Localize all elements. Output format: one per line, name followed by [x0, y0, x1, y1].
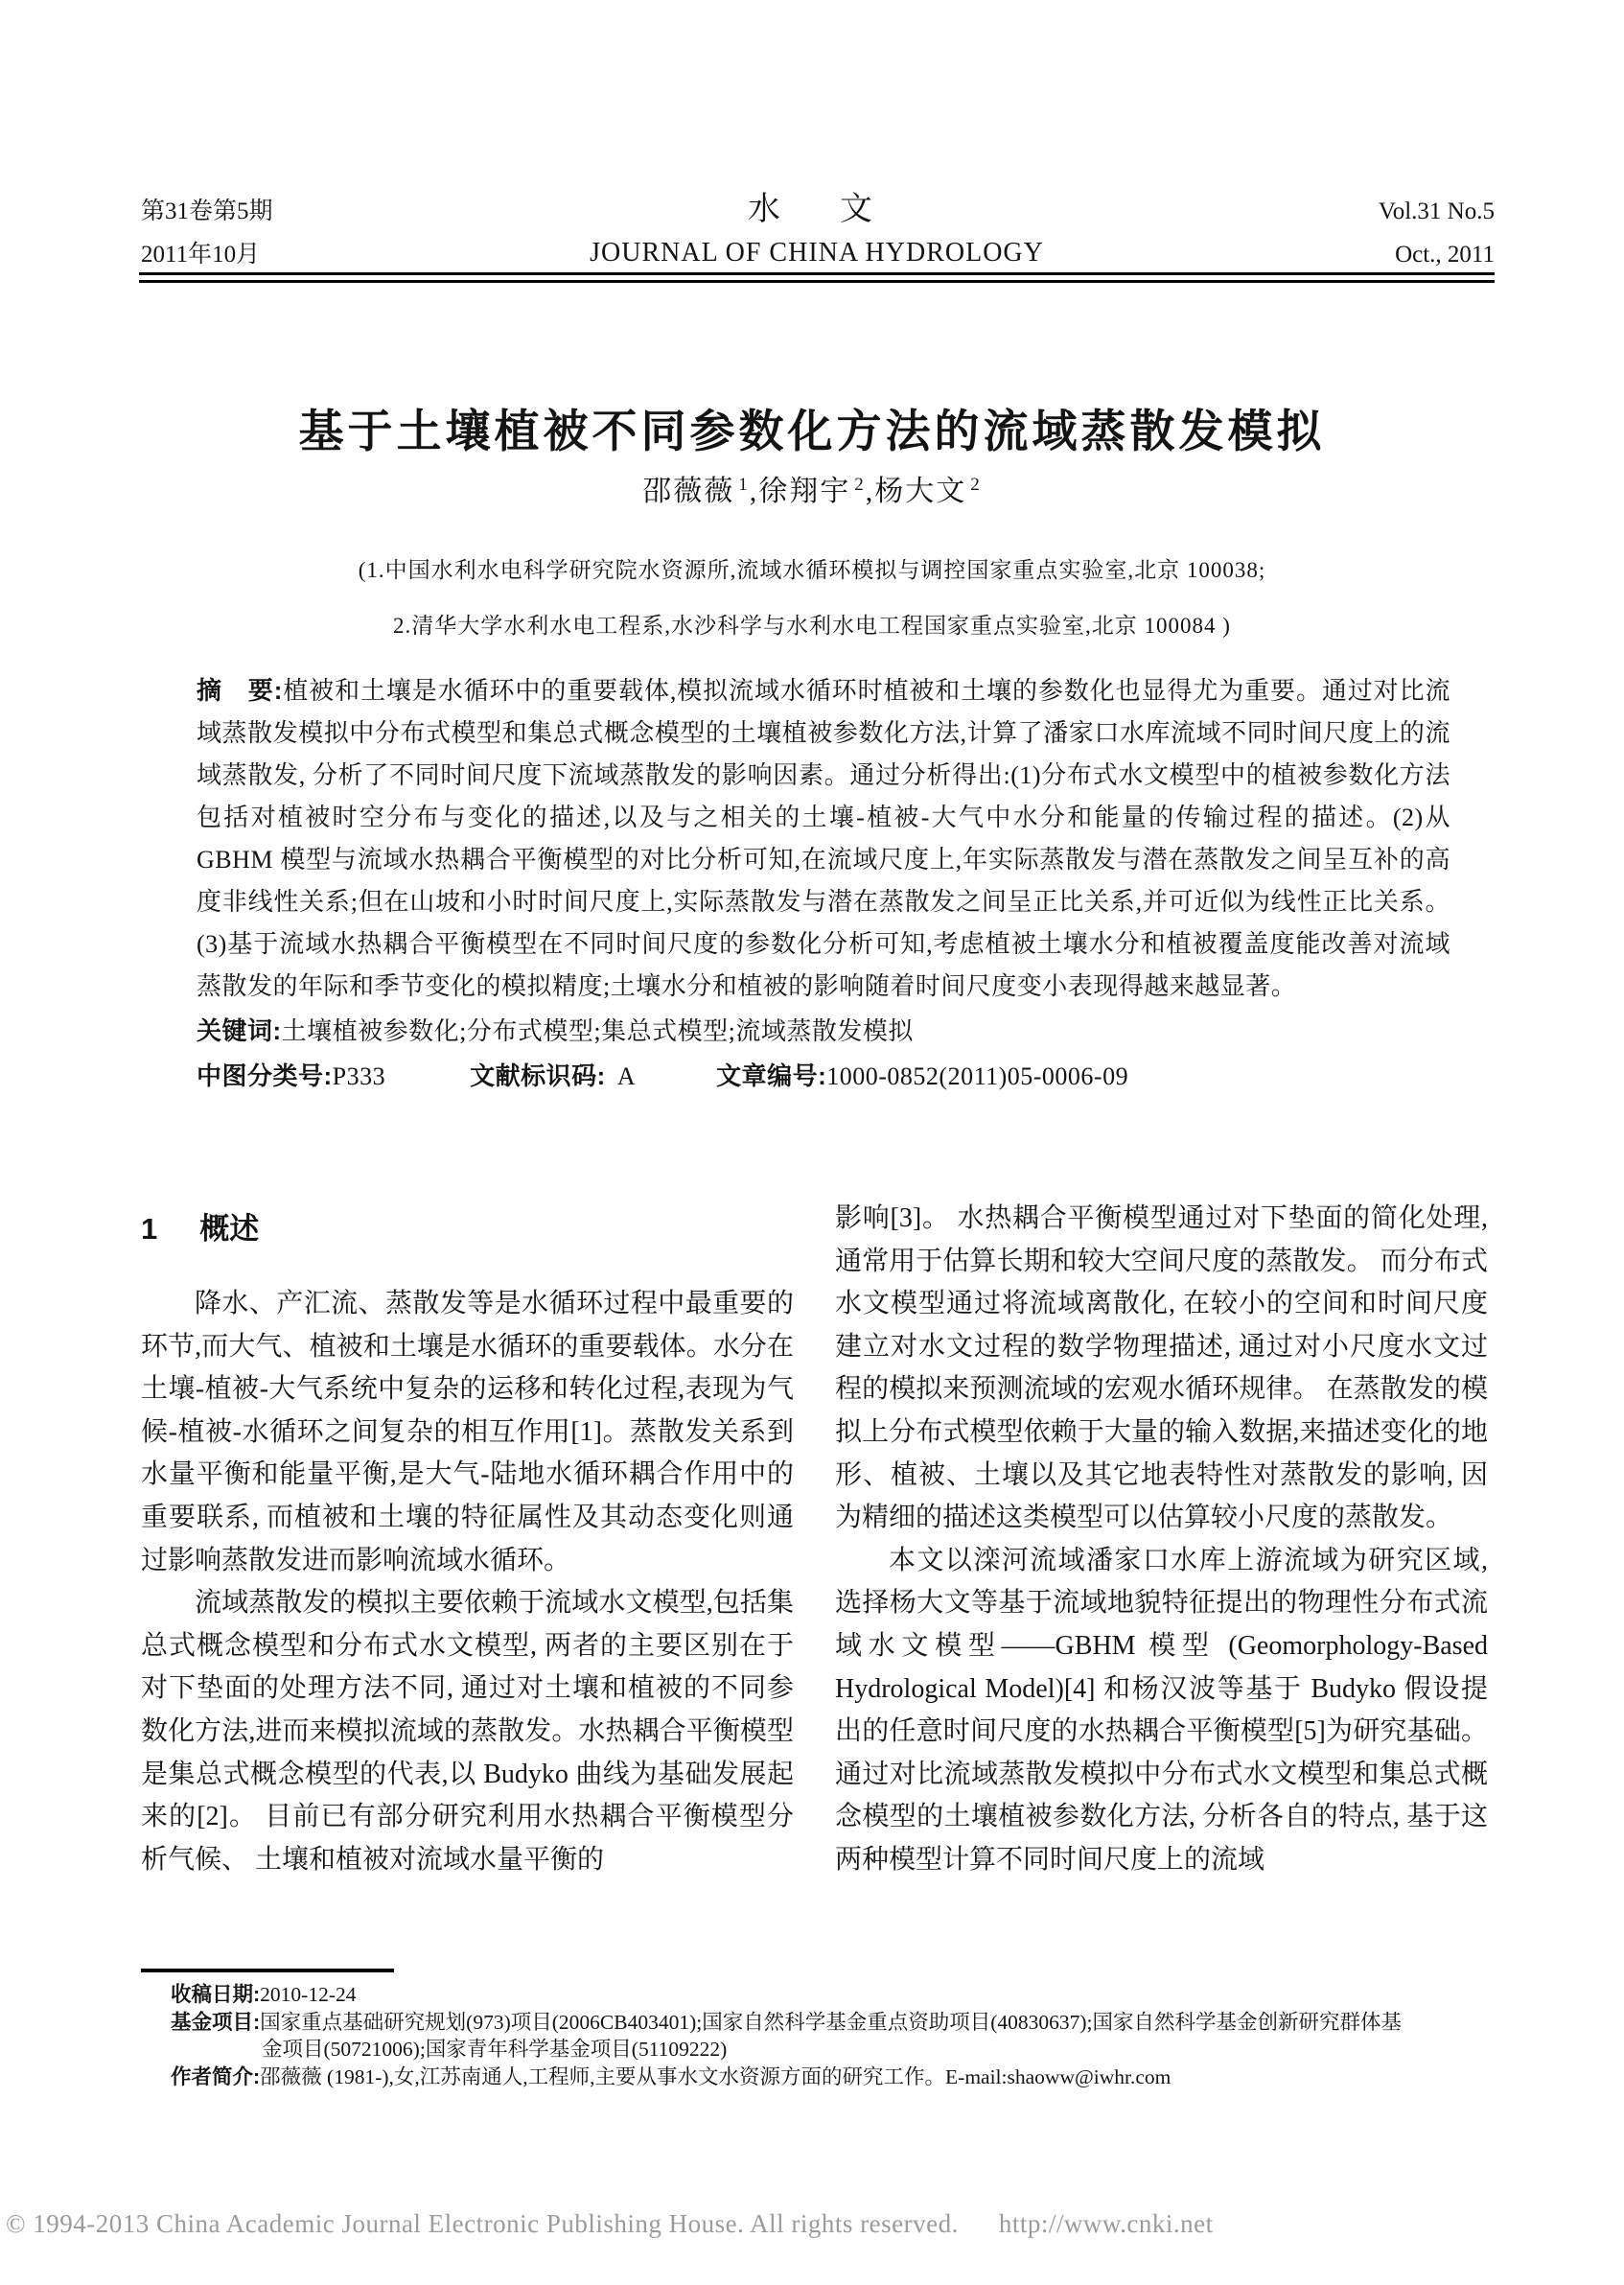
- journal-date-en: Oct., 2011: [1379, 233, 1495, 276]
- author-affiliation-superscript: 2: [970, 475, 982, 495]
- fund-label: 基金项目:: [171, 2011, 260, 2034]
- author-bio-text: 邵薇薇 (1981-),女,江苏南通人,工程师,主要从事水文水资源方面的研究工作…: [260, 2065, 1171, 2088]
- journal-title-cn: 水 文: [139, 190, 1495, 230]
- author-name: 徐翔宇: [758, 476, 850, 507]
- abstract-label: 摘 要:: [197, 676, 283, 705]
- keywords-line: 关键词:土壤植被参数化;分布式模型;集总式模型;流域蒸散发模拟: [197, 1010, 1450, 1053]
- keywords-label: 关键词:: [197, 1016, 282, 1045]
- doc-code-label: 文献标识码:: [470, 1061, 606, 1090]
- journal-title-block: 水 文 JOURNAL OF CHINA HYDROLOGY: [139, 190, 1495, 275]
- journal-vol-en: Vol.31 No.5: [1379, 190, 1495, 233]
- author-bio-label: 作者简介:: [171, 2065, 260, 2088]
- doc-code-value: A: [617, 1062, 636, 1090]
- section-heading: 1概述: [141, 1210, 794, 1248]
- author-bio-line: 作者简介:邵薇薇 (1981-),女,江苏南通人,工程师,主要从事水文水资源方面…: [171, 2063, 1524, 2091]
- article-id-label: 文章编号:: [716, 1061, 826, 1090]
- keywords-text: 土壤植被参数化;分布式模型;集总式模型;流域蒸散发模拟: [282, 1017, 914, 1045]
- abstract-block: 摘 要:植被和土壤是水循环中的重要载体,模拟流域水循环时植被和土壤的参数化也显得…: [197, 669, 1450, 1098]
- author-separator: ,: [750, 476, 759, 507]
- affiliation-line: 2.清华大学水利水电工程系,水沙科学与水利水电工程国家重点实验室,北京 1000…: [0, 598, 1624, 654]
- classification-line: 中图分类号:P333文献标识码:A文章编号:1000-0852(2011)05-…: [197, 1055, 1450, 1098]
- author-affiliation-superscript: 2: [854, 475, 866, 495]
- received-date-value: 2010-12-24: [260, 1983, 356, 2006]
- journal-header: 第31卷第5期 2011年10月 水 文 JOURNAL OF CHINA HY…: [139, 190, 1495, 272]
- author-name: 杨大文: [874, 476, 966, 507]
- affiliations: (1.中国水利水电科学研究院水资源所,流域水循环模拟与调控国家重点实验室,北京 …: [0, 543, 1624, 654]
- page-title: 基于土壤植被不同参数化方法的流域蒸散发模拟: [0, 396, 1624, 460]
- received-date-label: 收稿日期:: [171, 1983, 260, 2006]
- header-double-rule: [139, 272, 1495, 283]
- journal-vol-block: Vol.31 No.5 Oct., 2011: [1379, 190, 1495, 276]
- author-name: 邵薇薇: [642, 476, 734, 507]
- clc-value: P333: [333, 1062, 385, 1090]
- abstract-paragraph: 摘 要:植被和土壤是水循环中的重要载体,模拟流域水循环时植被和土壤的参数化也显得…: [197, 669, 1450, 1008]
- journal-title-en: JOURNAL OF CHINA HYDROLOGY: [139, 230, 1495, 275]
- affiliation-line: (1.中国水利水电科学研究院水资源所,流域水循环模拟与调控国家重点实验室,北京 …: [0, 543, 1624, 598]
- footnote-rule: [141, 1969, 394, 1972]
- fund-text: 国家重点基础研究规划(973)项目(2006CB403401);国家自然科学基金…: [260, 2011, 1402, 2034]
- author-separator: ,: [866, 476, 875, 507]
- body-paragraph: 本文以滦河流域潘家口水库上游流域为研究区域, 选择杨大文等基于流域地貌特征提出的…: [835, 1540, 1488, 1882]
- author-line: 邵薇薇1,徐翔宇2,杨大文2: [0, 467, 1624, 509]
- body-paragraph: 影响[3]。 水热耦合平衡模型通过对下垫面的简化处理, 通常用于估算长期和较大空…: [835, 1198, 1488, 1540]
- fund-line: 基金项目:国家重点基础研究规划(973)项目(2006CB403401);国家自…: [171, 2009, 1524, 2037]
- body-paragraph: 流域蒸散发的模拟主要依赖于流域水文模型,包括集总式概念模型和分布式水文模型, 两…: [141, 1582, 794, 1881]
- right-column: 影响[3]。 水热耦合平衡模型通过对下垫面的简化处理, 通常用于估算长期和较大空…: [835, 1198, 1488, 1882]
- copyright-text: © 1994-2013 China Academic Journal Elect…: [6, 2209, 959, 2238]
- abstract-text: 植被和土壤是水循环中的重要载体,模拟流域水循环时植被和土壤的参数化也显得尤为重要…: [197, 677, 1450, 1000]
- author-affiliation-superscript: 1: [738, 475, 750, 495]
- article-id-value: 1000-0852(2011)05-0006-09: [826, 1062, 1128, 1090]
- section-number: 1: [141, 1212, 157, 1246]
- received-date-line: 收稿日期:2010-12-24: [171, 1981, 1524, 2009]
- journal-page: 第31卷第5期 2011年10月 水 文 JOURNAL OF CHINA HY…: [0, 0, 1624, 2285]
- fund-line-continuation: 金项目(50721006);国家青年科学基金项目(51109222): [171, 2036, 1524, 2063]
- left-column: 1概述 降水、产汇流、蒸散发等是水循环过程中最重要的环节,而大气、植被和土壤是水…: [141, 1210, 794, 1881]
- footnote-block: 收稿日期:2010-12-24 基金项目:国家重点基础研究规划(973)项目(2…: [171, 1981, 1524, 2090]
- copyright-line: © 1994-2013 China Academic Journal Elect…: [6, 2209, 1616, 2239]
- cnki-url: http://www.cnki.net: [999, 2209, 1214, 2238]
- body-paragraph: 降水、产汇流、蒸散发等是水循环过程中最重要的环节,而大气、植被和土壤是水循环的重…: [141, 1283, 794, 1582]
- section-title: 概述: [199, 1212, 259, 1246]
- clc-label: 中图分类号:: [197, 1061, 333, 1090]
